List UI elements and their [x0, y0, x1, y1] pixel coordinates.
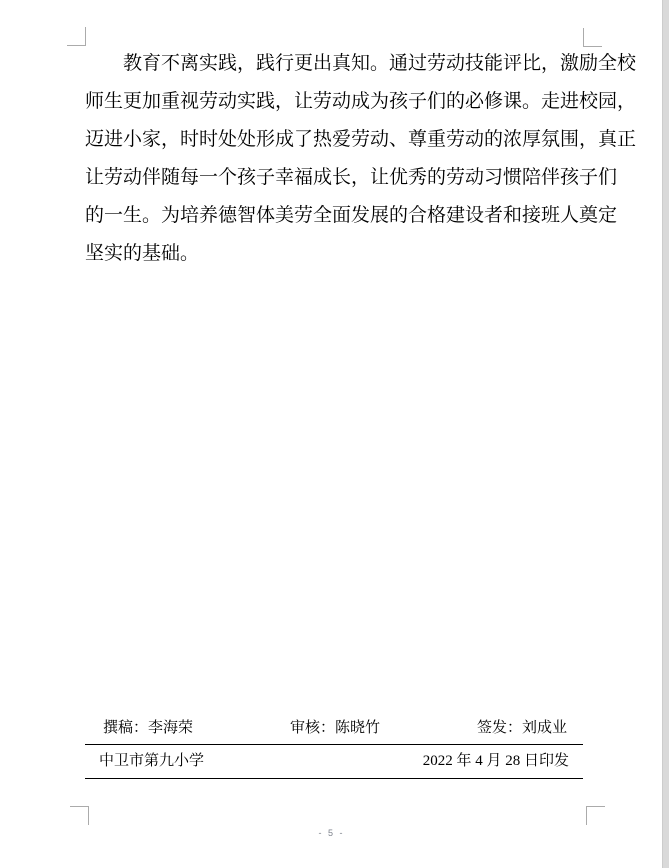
signature-row: 撰稿：李海荣 审核：陈晓竹 签发：刘成业	[85, 713, 583, 745]
body-line: 的一生。为培养德智体美劳全面发展的合格建设者和接班人奠定	[85, 197, 583, 235]
issuer-name: 刘成业	[522, 720, 567, 736]
reviewer-name: 陈晓竹	[335, 720, 380, 736]
document-footer: 撰稿：李海荣 审核：陈晓竹 签发：刘成业 中卫市第九小学 2022 年 4 月 …	[85, 713, 583, 779]
document-page: 教育不离实践，践行更出真知。通过劳动技能评比，激励全校师生更加重视劳动实践，让劳…	[0, 0, 669, 868]
page-number: - 5 -	[0, 828, 663, 838]
document-body-paragraph: 教育不离实践，践行更出真知。通过劳动技能评比，激励全校师生更加重视劳动实践，让劳…	[85, 45, 583, 273]
body-line: 让劳动伴随每一个孩子幸福成长，让优秀的劳动习惯陪伴孩子们	[85, 159, 583, 197]
issuer-field: 签发：刘成业	[477, 716, 567, 737]
issuer-label: 签发：	[477, 720, 522, 736]
body-line: 教育不离实践，践行更出真知。通过劳动技能评比，激励全校	[85, 45, 583, 83]
body-line: 坚实的基础。	[85, 235, 583, 273]
margin-crop-mark-bottom-left	[70, 806, 89, 825]
issue-info-row: 中卫市第九小学 2022 年 4 月 28 日印发	[85, 745, 583, 779]
margin-crop-mark-bottom-right	[586, 806, 605, 825]
reviewer-field: 审核：陈晓竹	[290, 716, 380, 737]
page-right-edge	[662, 0, 669, 868]
drafter-field: 撰稿：李海荣	[103, 716, 193, 737]
drafter-name: 李海荣	[148, 720, 193, 736]
body-line: 迈进小家，时时处处形成了热爱劳动、尊重劳动的浓厚氛围，真正	[85, 121, 583, 159]
body-line: 师生更加重视劳动实践，让劳动成为孩子们的必修课。走进校园，	[85, 83, 583, 121]
print-date: 2022 年 4 月 28 日印发	[423, 749, 569, 770]
margin-crop-mark-top-left	[67, 27, 86, 46]
reviewer-label: 审核：	[290, 720, 335, 736]
organization-name: 中卫市第九小学	[99, 749, 204, 770]
drafter-label: 撰稿：	[103, 720, 148, 736]
